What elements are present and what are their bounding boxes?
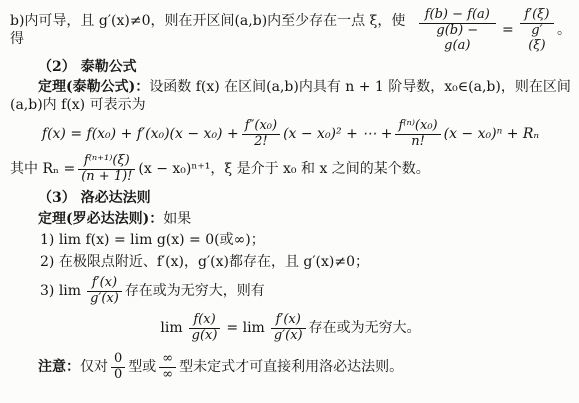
fraction-inf-over-inf: ∞ ∞ <box>159 352 176 383</box>
fraction-denominator: 2! <box>242 134 280 150</box>
fraction-fprime-over-gprime: f′(x) g′(x) <box>87 276 122 307</box>
fraction-fprime-over-gprime-xi: f′(ξ) g′(ξ) <box>520 8 554 54</box>
body-text: 存在或为无穷大，则有 <box>125 283 265 301</box>
fraction-numerator: ∞ <box>159 352 176 367</box>
equals-lim-operator: = lim <box>226 320 264 338</box>
fraction-fprime-over-gprime: f′(x) g′(x) <box>271 313 306 344</box>
fraction-f2prime-over-2fact: f″(x₀) 2! <box>242 119 280 150</box>
fraction-zero-over-zero: 0 0 <box>111 352 125 383</box>
paragraph-lhopital-theorem: 定理(罗必达法则)：如果 <box>10 211 571 229</box>
body-text: b)内可导，且 g′(x)≠0，则在开区间(a,b)内至少存在一点 ξ，使得 <box>10 13 416 48</box>
fraction-denominator: ∞ <box>159 367 176 383</box>
fraction-numerator: f′(x) <box>271 313 306 328</box>
equals-sign: = <box>502 22 514 40</box>
body-text: 存在或为无穷大。 <box>309 320 421 338</box>
body-text: 3) lim <box>40 283 81 301</box>
condition-item-2: 2) 在极限点附近、f′(x)，g′(x)都存在，且 g′(x)≠0； <box>10 254 571 272</box>
formula-lhopital-conclusion: lim f(x) g(x) = lim f′(x) g′(x) 存在或为无穷大。 <box>10 312 571 345</box>
fraction-denominator: g(x) <box>189 328 221 344</box>
condition-item-1: 1) lim f(x) = lim g(x) = 0(或∞)； <box>10 232 571 250</box>
body-text: 设函数 f(x) 在区间(a,b)内具有 n + 1 阶导数，x₀∈(a,b)，… <box>149 79 571 95</box>
fraction-numerator: f′(x) <box>87 276 122 291</box>
fraction-denominator: n! <box>395 134 440 150</box>
fraction-numerator: f(b) − f(a) <box>419 8 496 23</box>
theorem-label: 定理(罗必达法则)： <box>38 211 163 227</box>
fraction-denominator: g′(x) <box>271 328 306 344</box>
fraction-numerator: f⁽ⁿ⁾(x₀) <box>395 119 440 134</box>
fraction-numerator: f′(ξ) <box>520 8 554 23</box>
lim-operator: lim <box>160 320 182 338</box>
fraction-fn1-over-n1fact: f⁽ⁿ⁺¹⁾(ξ) (n + 1)! <box>78 154 135 185</box>
body-text: 型未定式才可直接利用洛必达法则。 <box>179 359 403 377</box>
paragraph-cauchy-conclusion: b)内可导，且 g′(x)≠0，则在开区间(a,b)内至少存在一点 ξ，使得 f… <box>10 7 571 55</box>
paragraph-taylor-theorem-continuation: (a,b)内 f(x) 可表示为 <box>10 97 571 115</box>
fraction-denominator: g′(x) <box>87 291 122 307</box>
fraction-denominator: g′(ξ) <box>520 23 554 54</box>
fraction-numerator: f⁽ⁿ⁺¹⁾(ξ) <box>78 154 135 169</box>
fraction-numerator: f″(x₀) <box>242 119 280 134</box>
body-text: 。 <box>557 22 571 40</box>
fraction-fb-fa-over-gb-ga: f(b) − f(a) g(b) − g(a) <box>419 8 496 54</box>
fraction-numerator: f(x) <box>189 313 221 328</box>
fraction-denominator: g(b) − g(a) <box>419 23 496 54</box>
fraction-f-over-g: f(x) g(x) <box>189 313 221 344</box>
note-label: 注意： <box>38 359 80 377</box>
body-text: 仅对 <box>80 359 108 377</box>
body-text: (x − x₀)ⁿ⁺¹，ξ 是介于 x₀ 和 x 之间的某个数。 <box>138 161 429 179</box>
formula-text: (x − x₀)² + ⋯ + <box>283 126 392 144</box>
body-text: 型或 <box>128 359 156 377</box>
fraction-denominator: (n + 1)! <box>78 169 135 185</box>
condition-item-3: 3) lim f′(x) g′(x) 存在或为无穷大，则有 <box>10 275 571 308</box>
fraction-numerator: 0 <box>111 352 125 367</box>
theorem-label: 定理(泰勒公式)： <box>38 79 149 95</box>
paragraph-note: 注意： 仅对 0 0 型或 ∞ ∞ 型未定式才可直接利用洛必达法则。 <box>10 351 571 384</box>
document-page: b)内可导，且 g′(x)≠0，则在开区间(a,b)内至少存在一点 ξ，使得 f… <box>0 0 579 403</box>
paragraph-taylor-theorem: 定理(泰勒公式)：设函数 f(x) 在区间(a,b)内具有 n + 1 阶导数，… <box>10 79 571 97</box>
paragraph-remainder-term: 其中 Rₙ = f⁽ⁿ⁺¹⁾(ξ) (n + 1)! (x − x₀)ⁿ⁺¹，ξ… <box>10 153 571 186</box>
fraction-fn-over-nfact: f⁽ⁿ⁾(x₀) n! <box>395 119 440 150</box>
formula-text: (x − x₀)ⁿ + Rₙ <box>444 126 539 144</box>
formula-taylor-expansion: f(x) = f(x₀) + f′(x₀)(x − x₀) + f″(x₀) 2… <box>10 118 571 151</box>
fraction-denominator: 0 <box>111 367 125 383</box>
formula-text: f(x) = f(x₀) + f′(x₀)(x − x₀) + <box>42 126 239 144</box>
body-text: 如果 <box>163 211 191 227</box>
section-heading-lhopital: （3） 洛必达法则 <box>10 190 571 208</box>
body-text: 其中 Rₙ = <box>10 161 75 179</box>
section-heading-taylor: （2） 泰勒公式 <box>10 59 571 77</box>
